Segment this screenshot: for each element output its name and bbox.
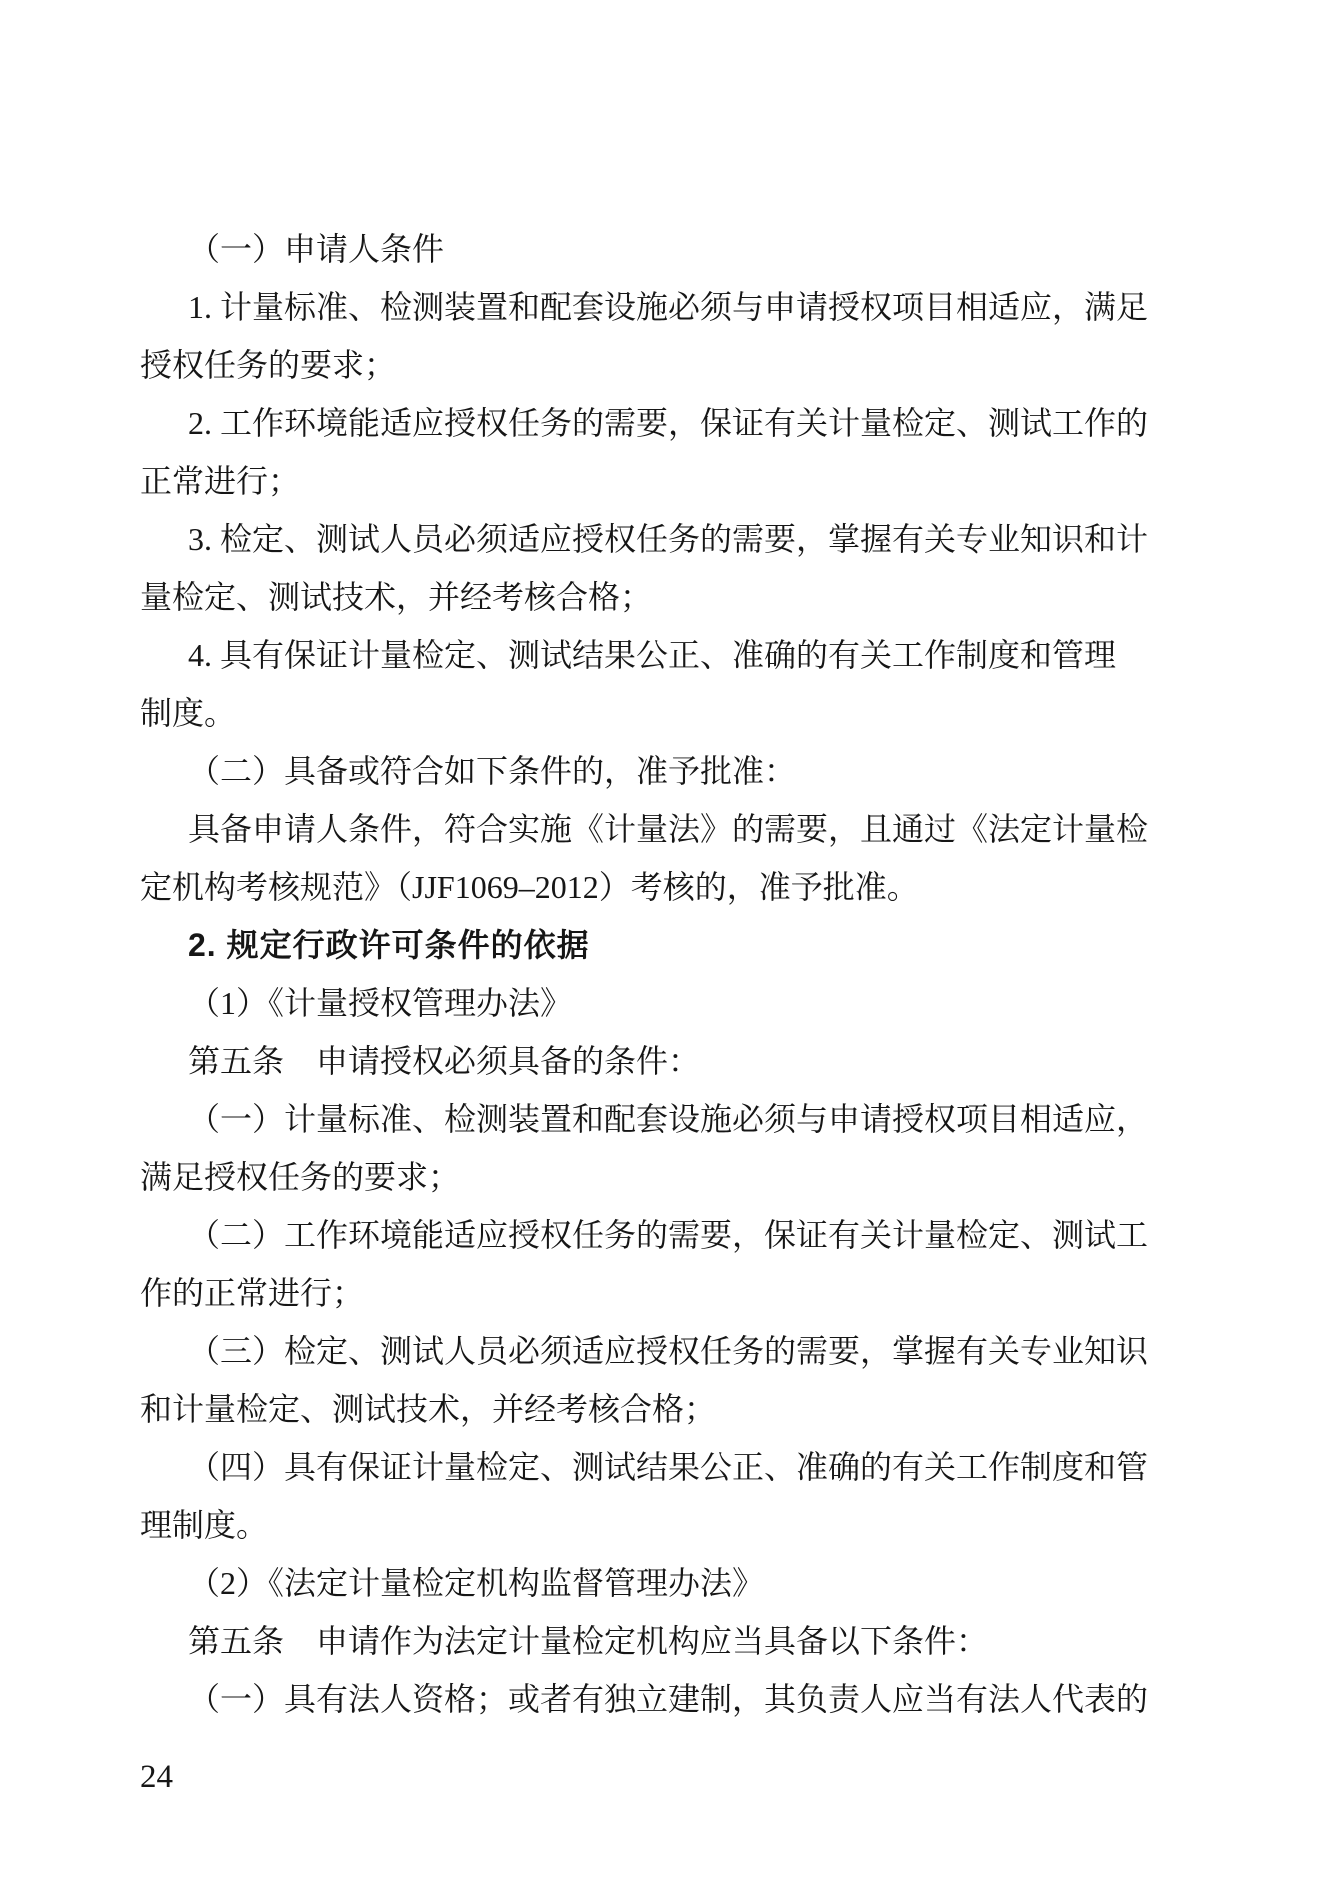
text-line: 第五条 申请授权必须具备的条件： bbox=[140, 1032, 1160, 1090]
text-line: 4. 具有保证计量检定、测试结果公正、准确的有关工作制度和管理 bbox=[140, 626, 1160, 684]
text-line: （三）检定、测试人员必须适应授权任务的需要，掌握有关专业知识 bbox=[140, 1322, 1160, 1380]
text-line: （二）具备或符合如下条件的，准予批准： bbox=[140, 742, 1160, 800]
text-line: （四）具有保证计量检定、测试结果公正、准确的有关工作制度和管 bbox=[140, 1438, 1160, 1496]
text-line: （二）工作环境能适应授权任务的需要，保证有关计量检定、测试工 bbox=[140, 1206, 1160, 1264]
text-line: 量检定、测试技术，并经考核合格； bbox=[140, 568, 1160, 626]
text-line: （1）《计量授权管理办法》 bbox=[140, 974, 1160, 1032]
text-line: 理制度。 bbox=[140, 1496, 1160, 1554]
text-line: 授权任务的要求； bbox=[140, 336, 1160, 394]
text-line: 作的正常进行； bbox=[140, 1264, 1160, 1322]
page-number: 24 bbox=[140, 1748, 173, 1806]
text-lines: （一）申请人条件1. 计量标准、检测装置和配套设施必须与申请授权项目相适应，满足… bbox=[140, 220, 1160, 1728]
text-line: 和计量检定、测试技术，并经考核合格； bbox=[140, 1380, 1160, 1438]
text-line: 正常进行； bbox=[140, 452, 1160, 510]
text-line: （一）具有法人资格；或者有独立建制，其负责人应当有法人代表的 bbox=[140, 1670, 1160, 1728]
text-line: 制度。 bbox=[140, 684, 1160, 742]
text-line: 满足授权任务的要求； bbox=[140, 1148, 1160, 1206]
text-line: （一）计量标准、检测装置和配套设施必须与申请授权项目相适应， bbox=[140, 1090, 1160, 1148]
text-line: 1. 计量标准、检测装置和配套设施必须与申请授权项目相适应，满足 bbox=[140, 278, 1160, 336]
text-line: （2）《法定计量检定机构监督管理办法》 bbox=[140, 1554, 1160, 1612]
text-line: 定机构考核规范》（JJF1069–2012）考核的，准予批准。 bbox=[140, 858, 1160, 916]
text-line: 第五条 申请作为法定计量检定机构应当具备以下条件： bbox=[140, 1612, 1160, 1670]
text-line: 2. 工作环境能适应授权任务的需要，保证有关计量检定、测试工作的 bbox=[140, 394, 1160, 452]
document-page: （一）申请人条件1. 计量标准、检测装置和配套设施必须与申请授权项目相适应，满足… bbox=[0, 0, 1339, 1890]
text-line: （一）申请人条件 bbox=[140, 220, 1160, 278]
text-line: 具备申请人条件，符合实施《计量法》的需要，且通过《法定计量检 bbox=[140, 800, 1160, 858]
text-line: 2. 规定行政许可条件的依据 bbox=[140, 916, 1160, 974]
text-line: 3. 检定、测试人员必须适应授权任务的需要，掌握有关专业知识和计 bbox=[140, 510, 1160, 568]
